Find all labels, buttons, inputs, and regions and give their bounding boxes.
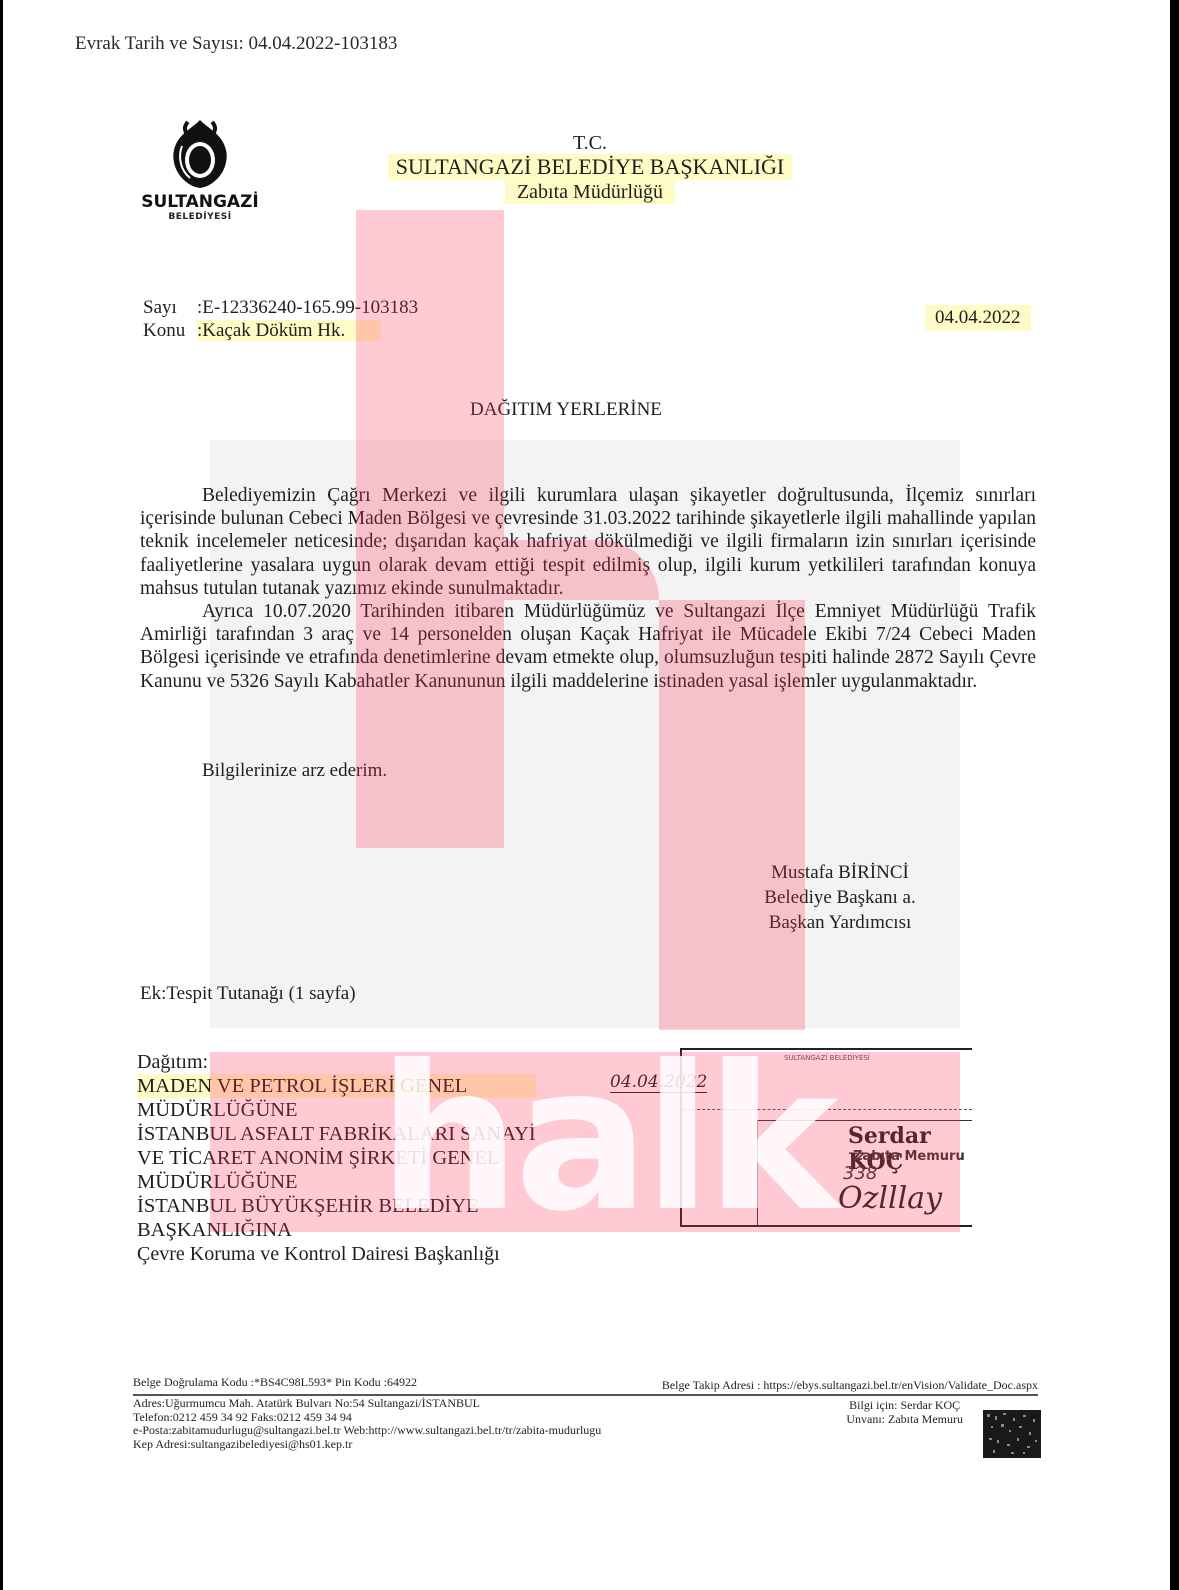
addressee: DAĞITIM YERLERİNE (470, 399, 662, 421)
document-reference: Evrak Tarih ve Sayısı: 04.04.2022-103183 (75, 33, 397, 55)
paragraph-2: Ayrıca 10.07.2020 Tarihinden itibaren Mü… (140, 600, 1036, 693)
signatory-title-1: Belediye Başkanı a. (740, 885, 940, 910)
signatory-block: Mustafa BİRİNCİ Belediye Başkanı a. Başk… (740, 860, 940, 935)
konu-label: Konu (143, 320, 197, 342)
footer-address: Adres:Uğurmumcu Mah. Atatürk Bulvarı No:… (133, 1397, 601, 1411)
signatory-title-2: Başkan Yardımcısı (740, 910, 940, 935)
footer-kep: Kep Adresi:sultangazibelediyesi@hs01.kep… (133, 1438, 601, 1452)
footer-contact-person: Bilgi için: Serdar KOÇ (846, 1399, 963, 1413)
letterhead-department: Zabıta Müdürlüğü (505, 180, 675, 204)
sayi-label: Sayı (143, 297, 197, 319)
closing-line: Bilgilerinize arz ederim. (202, 760, 387, 782)
paragraph-1: Belediyemizin Çağrı Merkezi ve ilgili ku… (140, 484, 1036, 600)
footer-contact: Adres:Uğurmumcu Mah. Atatürk Bulvarı No:… (133, 1397, 601, 1451)
municipality-logo: SULTANGAZİ BELEDİYESİ (140, 116, 260, 222)
footer-verification-row: Belge Doğrulama Kodu :*BS4C98L593* Pin K… (133, 1372, 1038, 1396)
handwritten-signature: Ozlllay (838, 1181, 942, 1216)
signatory-name: Mustafa BİRİNCİ (740, 860, 940, 885)
footer-phone: Telefon:0212 459 34 92 Faks:0212 459 34 … (133, 1411, 601, 1425)
konu-line: Konu:Kaçak Döküm Hk. (143, 320, 381, 342)
sayi-line: Sayı:E-12336240-165.99-103183 (143, 297, 418, 319)
tracking-address: Belge Takip Adresi : https://ebys.sultan… (662, 1378, 1038, 1392)
document-date: 04.04.2022 (925, 305, 1031, 331)
footer-contact-title: Unvanı: Zabıta Memuru (846, 1413, 963, 1427)
footer-email-web: e-Posta:zabitamudurlugu@sultangazi.bel.t… (133, 1424, 601, 1438)
logo-subtitle: BELEDİYESİ (140, 212, 260, 222)
scan-edge-right (1170, 0, 1179, 1590)
letterhead-tc: T.C. (380, 132, 800, 154)
sayi-value: :E-12336240-165.99-103183 (197, 297, 418, 318)
letterhead: T.C. SULTANGAZİ BELEDİYE BAŞKANLIĞI Zabı… (380, 132, 800, 204)
watermark-text: halk (378, 1040, 833, 1240)
logo-name: SULTANGAZİ (140, 192, 260, 212)
sultangazi-emblem-icon (160, 116, 240, 194)
scan-edge-left (0, 0, 3, 1590)
letter-body: Belediyemizin Çağrı Merkezi ve ilgili ku… (140, 484, 1036, 693)
attachment-note: Ek:Tespit Tutanağı (1 sayfa) (140, 983, 356, 1005)
letterhead-organization: SULTANGAZİ BELEDİYE BAŞKANLIĞI (388, 154, 793, 180)
qr-code-icon (983, 1410, 1041, 1458)
verification-code: Belge Doğrulama Kodu :*BS4C98L593* Pin K… (133, 1375, 417, 1389)
document-footer: Belge Doğrulama Kodu :*BS4C98L593* Pin K… (133, 1372, 1038, 1396)
stamp-officer-title: Zabıta Memuru (853, 1149, 965, 1164)
konu-value: :Kaçak Döküm Hk. (197, 320, 381, 341)
footer-info: Bilgi için: Serdar KOÇ Unvanı: Zabıta Me… (846, 1399, 963, 1426)
